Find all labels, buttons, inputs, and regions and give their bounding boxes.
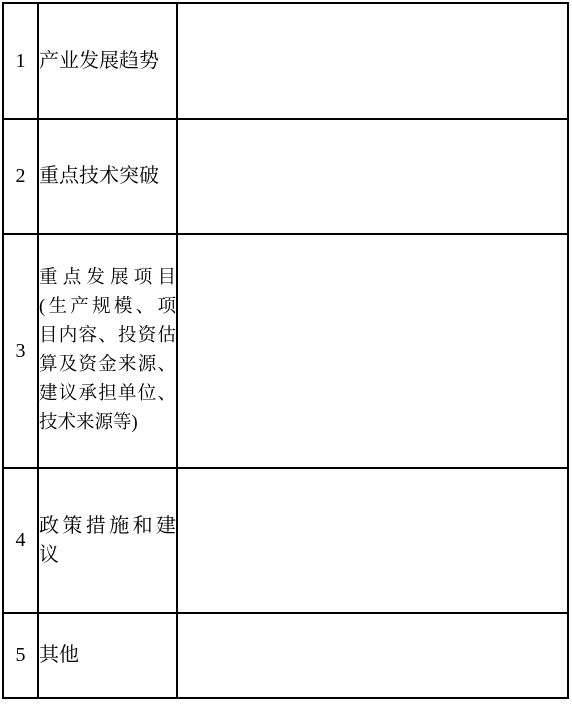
row-value-cell[interactable]: [177, 234, 568, 468]
row-value-cell[interactable]: [177, 119, 568, 234]
form-table: 1 产业发展趋势 2 重点技术突破 3 重点发展项目(生产规模、项目内容、投资估…: [2, 2, 569, 699]
row-label-line: 目内容、投资估: [39, 322, 176, 351]
row-number: 4: [3, 468, 38, 613]
row-label: 政策措施和建议: [38, 468, 177, 613]
row-number: 5: [3, 613, 38, 698]
row-number: 3: [3, 234, 38, 468]
row-label-line: 其他: [39, 641, 176, 670]
row-value-cell[interactable]: [177, 468, 568, 613]
table-row: 1 产业发展趋势: [3, 3, 568, 119]
row-label-line: (生产规模、项: [39, 293, 176, 322]
row-label-line: 议: [39, 541, 176, 570]
row-value-cell[interactable]: [177, 3, 568, 119]
row-label: 产业发展趋势: [38, 3, 177, 119]
row-label: 其他: [38, 613, 177, 698]
row-number: 2: [3, 119, 38, 234]
table-row: 3 重点发展项目(生产规模、项目内容、投资估算及资金来源、建议承担单位、技术来源…: [3, 234, 568, 468]
row-value-cell[interactable]: [177, 613, 568, 698]
form-table-body: 1 产业发展趋势 2 重点技术突破 3 重点发展项目(生产规模、项目内容、投资估…: [3, 3, 568, 698]
row-label-line: 重点技术突破: [39, 162, 176, 191]
row-label: 重点发展项目(生产规模、项目内容、投资估算及资金来源、建议承担单位、技术来源等): [38, 234, 177, 468]
row-label: 重点技术突破: [38, 119, 177, 234]
table-row: 5 其他: [3, 613, 568, 698]
table-row: 2 重点技术突破: [3, 119, 568, 234]
table-row: 4 政策措施和建议: [3, 468, 568, 613]
row-number: 1: [3, 3, 38, 119]
row-label-line: 重点发展项目: [39, 264, 176, 293]
row-label-line: 产业发展趋势: [39, 47, 176, 76]
document-page: 1 产业发展趋势 2 重点技术突破 3 重点发展项目(生产规模、项目内容、投资估…: [0, 0, 572, 711]
row-label-line: 政策措施和建: [39, 512, 176, 541]
row-label-line: 技术来源等): [39, 409, 176, 438]
row-label-line: 建议承担单位、: [39, 380, 176, 409]
row-label-line: 算及资金来源、: [39, 351, 176, 380]
